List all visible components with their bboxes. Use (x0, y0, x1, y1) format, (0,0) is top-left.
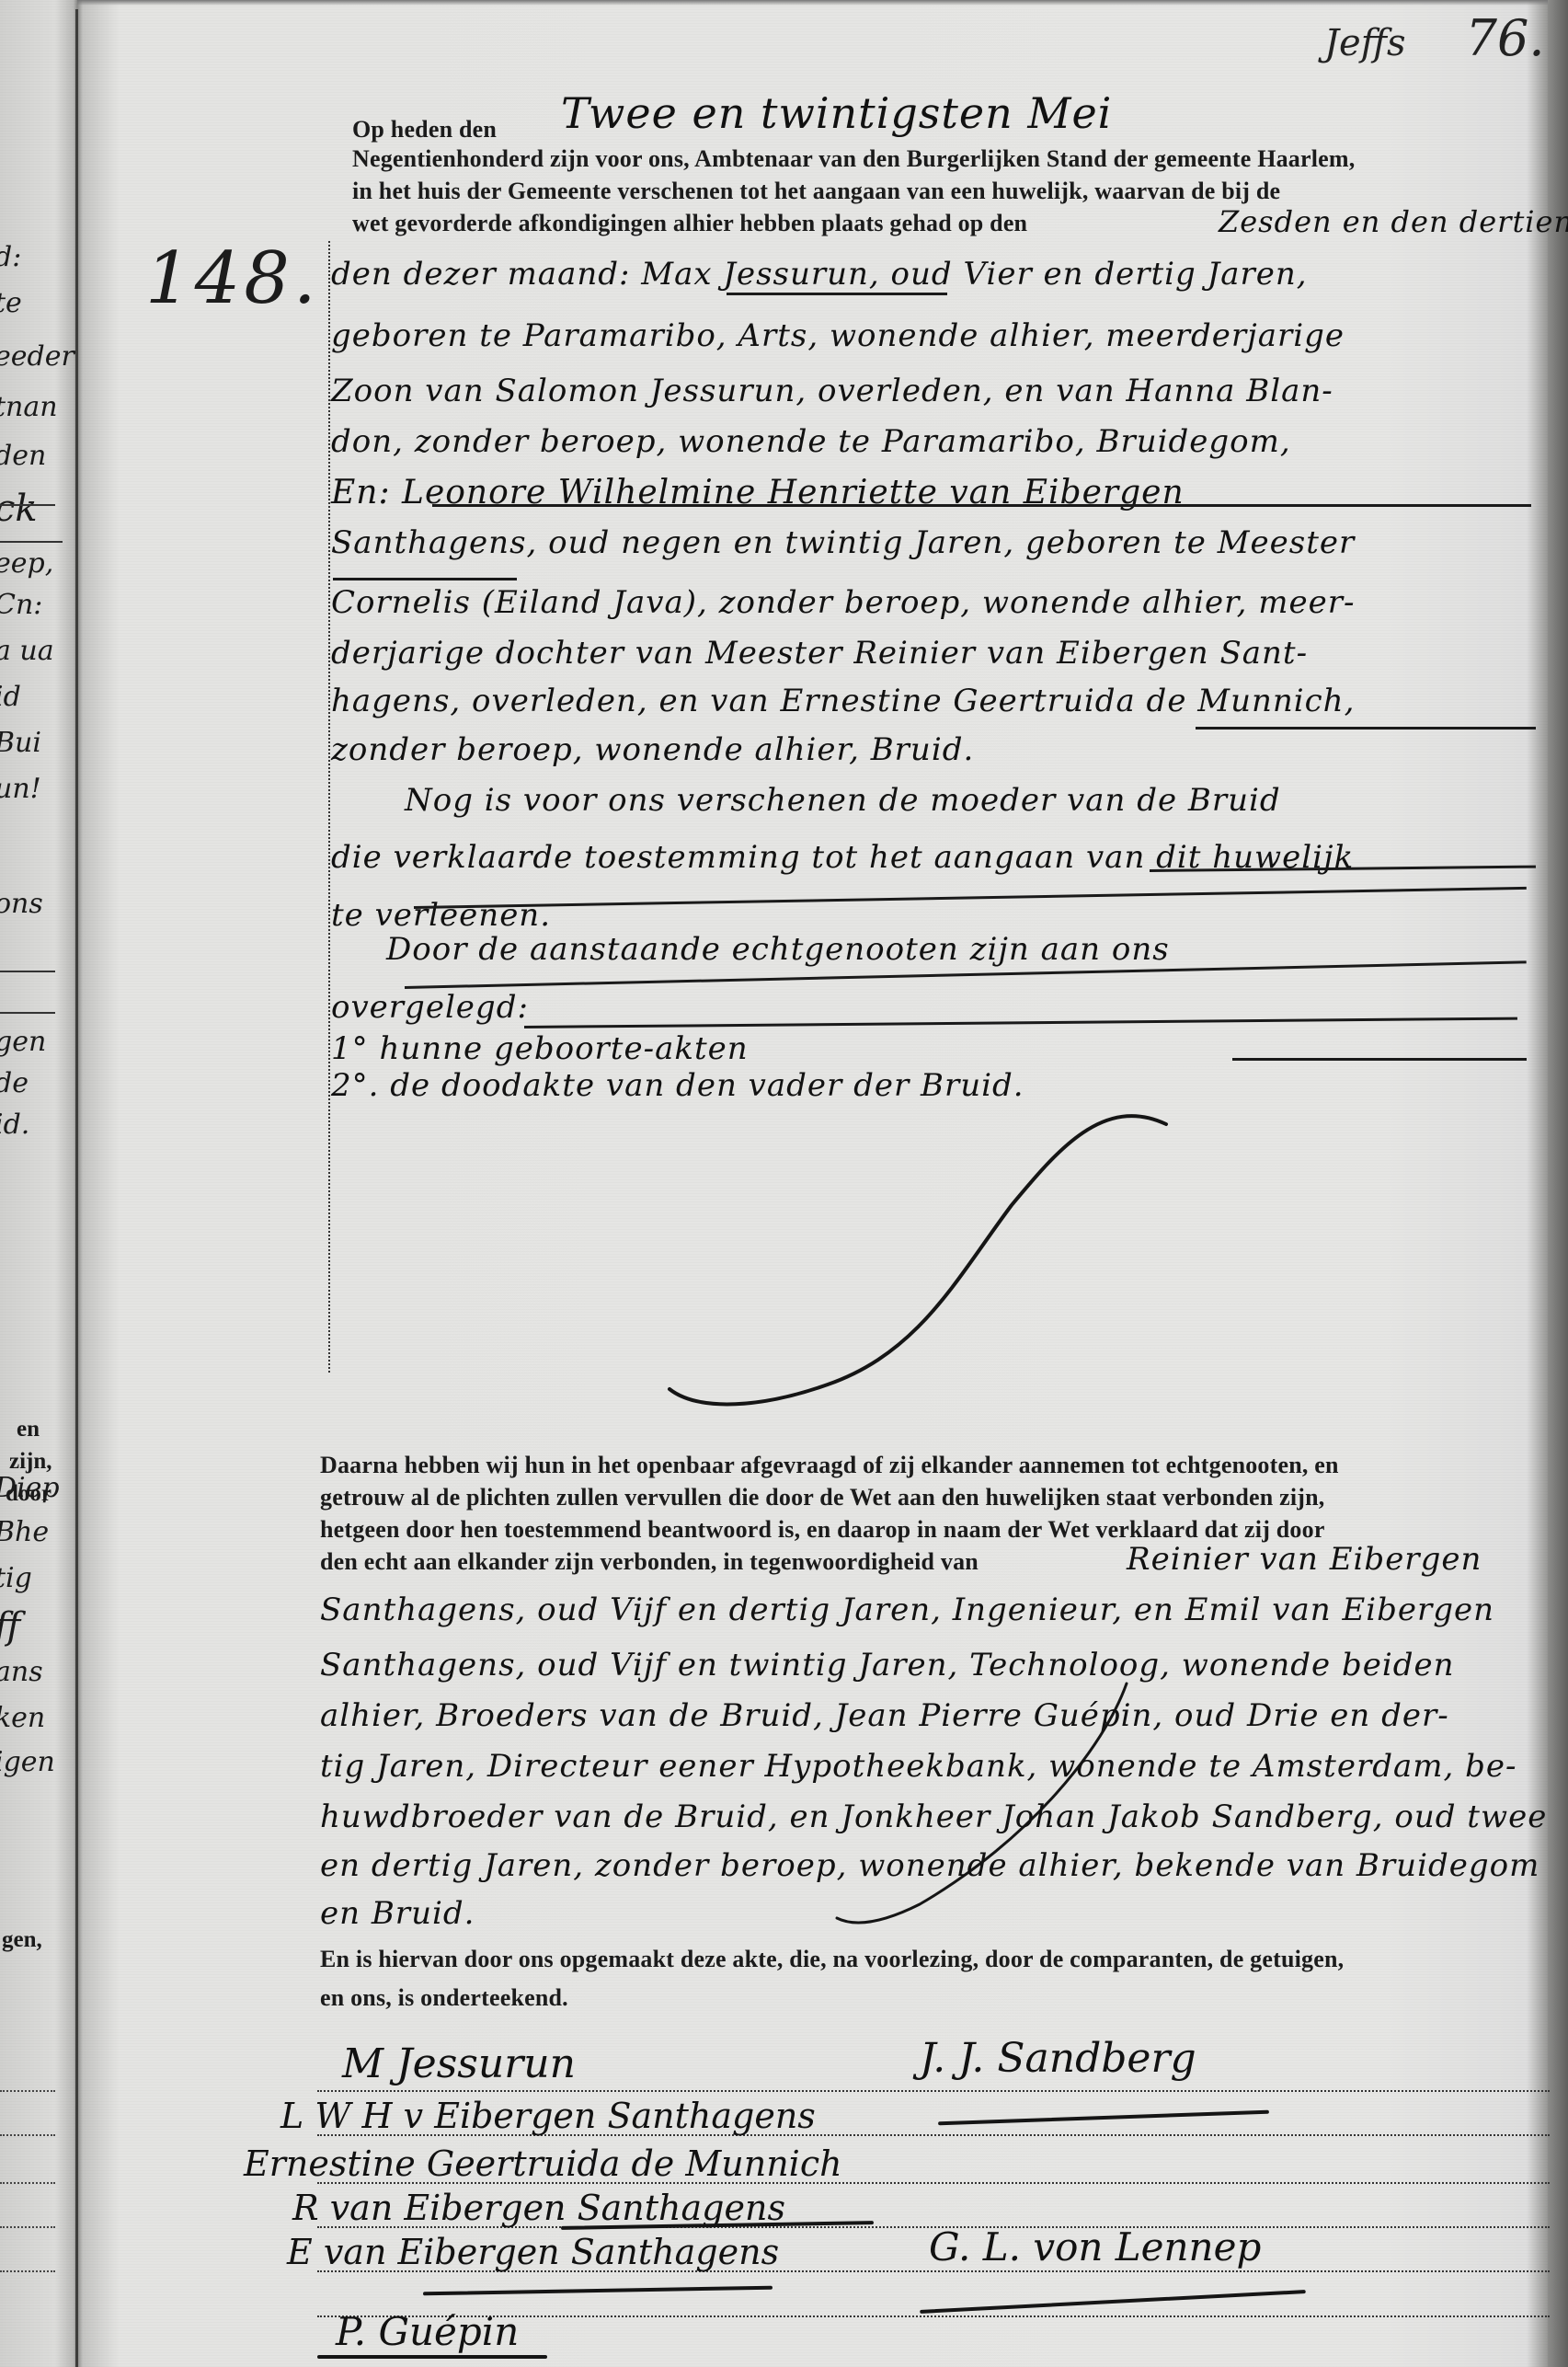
closing-flourish (0, 0, 1568, 2367)
signature-witness-guepin: P. Guépin (336, 2309, 519, 2354)
printed-closing-line-1: En is hiervan door ons opgemaakt deze ak… (320, 1946, 1344, 1973)
signature-mother: Ernestine Geertruida de Munnich (244, 2143, 842, 2184)
witness-line: tig Jaren, Directeur eener Hypotheekbank… (320, 1748, 1516, 1785)
signature-underline (317, 2355, 547, 2359)
signature-witness-sandberg: J. J. Sandberg (920, 2035, 1196, 2082)
signature-registrar: G. L. von Lennep (929, 2224, 1261, 2269)
printed-closing-line-2: en ons, is onderteekend. (320, 1984, 568, 2012)
witness-line: en Bruid. (320, 1895, 475, 1932)
signature-witness-reinier: R van Eibergen Santhagens (292, 2188, 785, 2228)
signature-row (317, 2090, 1550, 2092)
signature-witness-emil: E van Eibergen Santhagens (287, 2232, 779, 2272)
witness-line: alhier, Broeders van de Bruid, Jean Pier… (320, 1697, 1449, 1734)
signature-groom: M Jessurun (342, 2040, 576, 2087)
witness-line: Reinier van Eibergen (1127, 1541, 1482, 1578)
printed-declaration-line-1: Daarna hebben wij hun in het openbaar af… (320, 1452, 1339, 1479)
signature-bride: L W H v Eibergen Santhagens (280, 2096, 816, 2136)
witness-line: huwdbroeder van de Bruid, en Jonkheer Jo… (320, 1798, 1547, 1835)
printed-declaration-line-3: hetgeen door hen toestemmend beantwoord … (320, 1516, 1325, 1544)
witness-line: Santhagens, oud Vijf en twintig Jaren, T… (320, 1647, 1454, 1683)
witness-line: Santhagens, oud Vijf en dertig Jaren, In… (320, 1591, 1494, 1628)
printed-declaration-line-2: getrouw al de plichten zullen vervullen … (320, 1484, 1324, 1511)
printed-declaration-line-4: den echt aan elkander zijn verbonden, in… (320, 1548, 979, 1576)
witness-line: en dertig Jaren, zonder beroep, wonende … (320, 1847, 1539, 1884)
